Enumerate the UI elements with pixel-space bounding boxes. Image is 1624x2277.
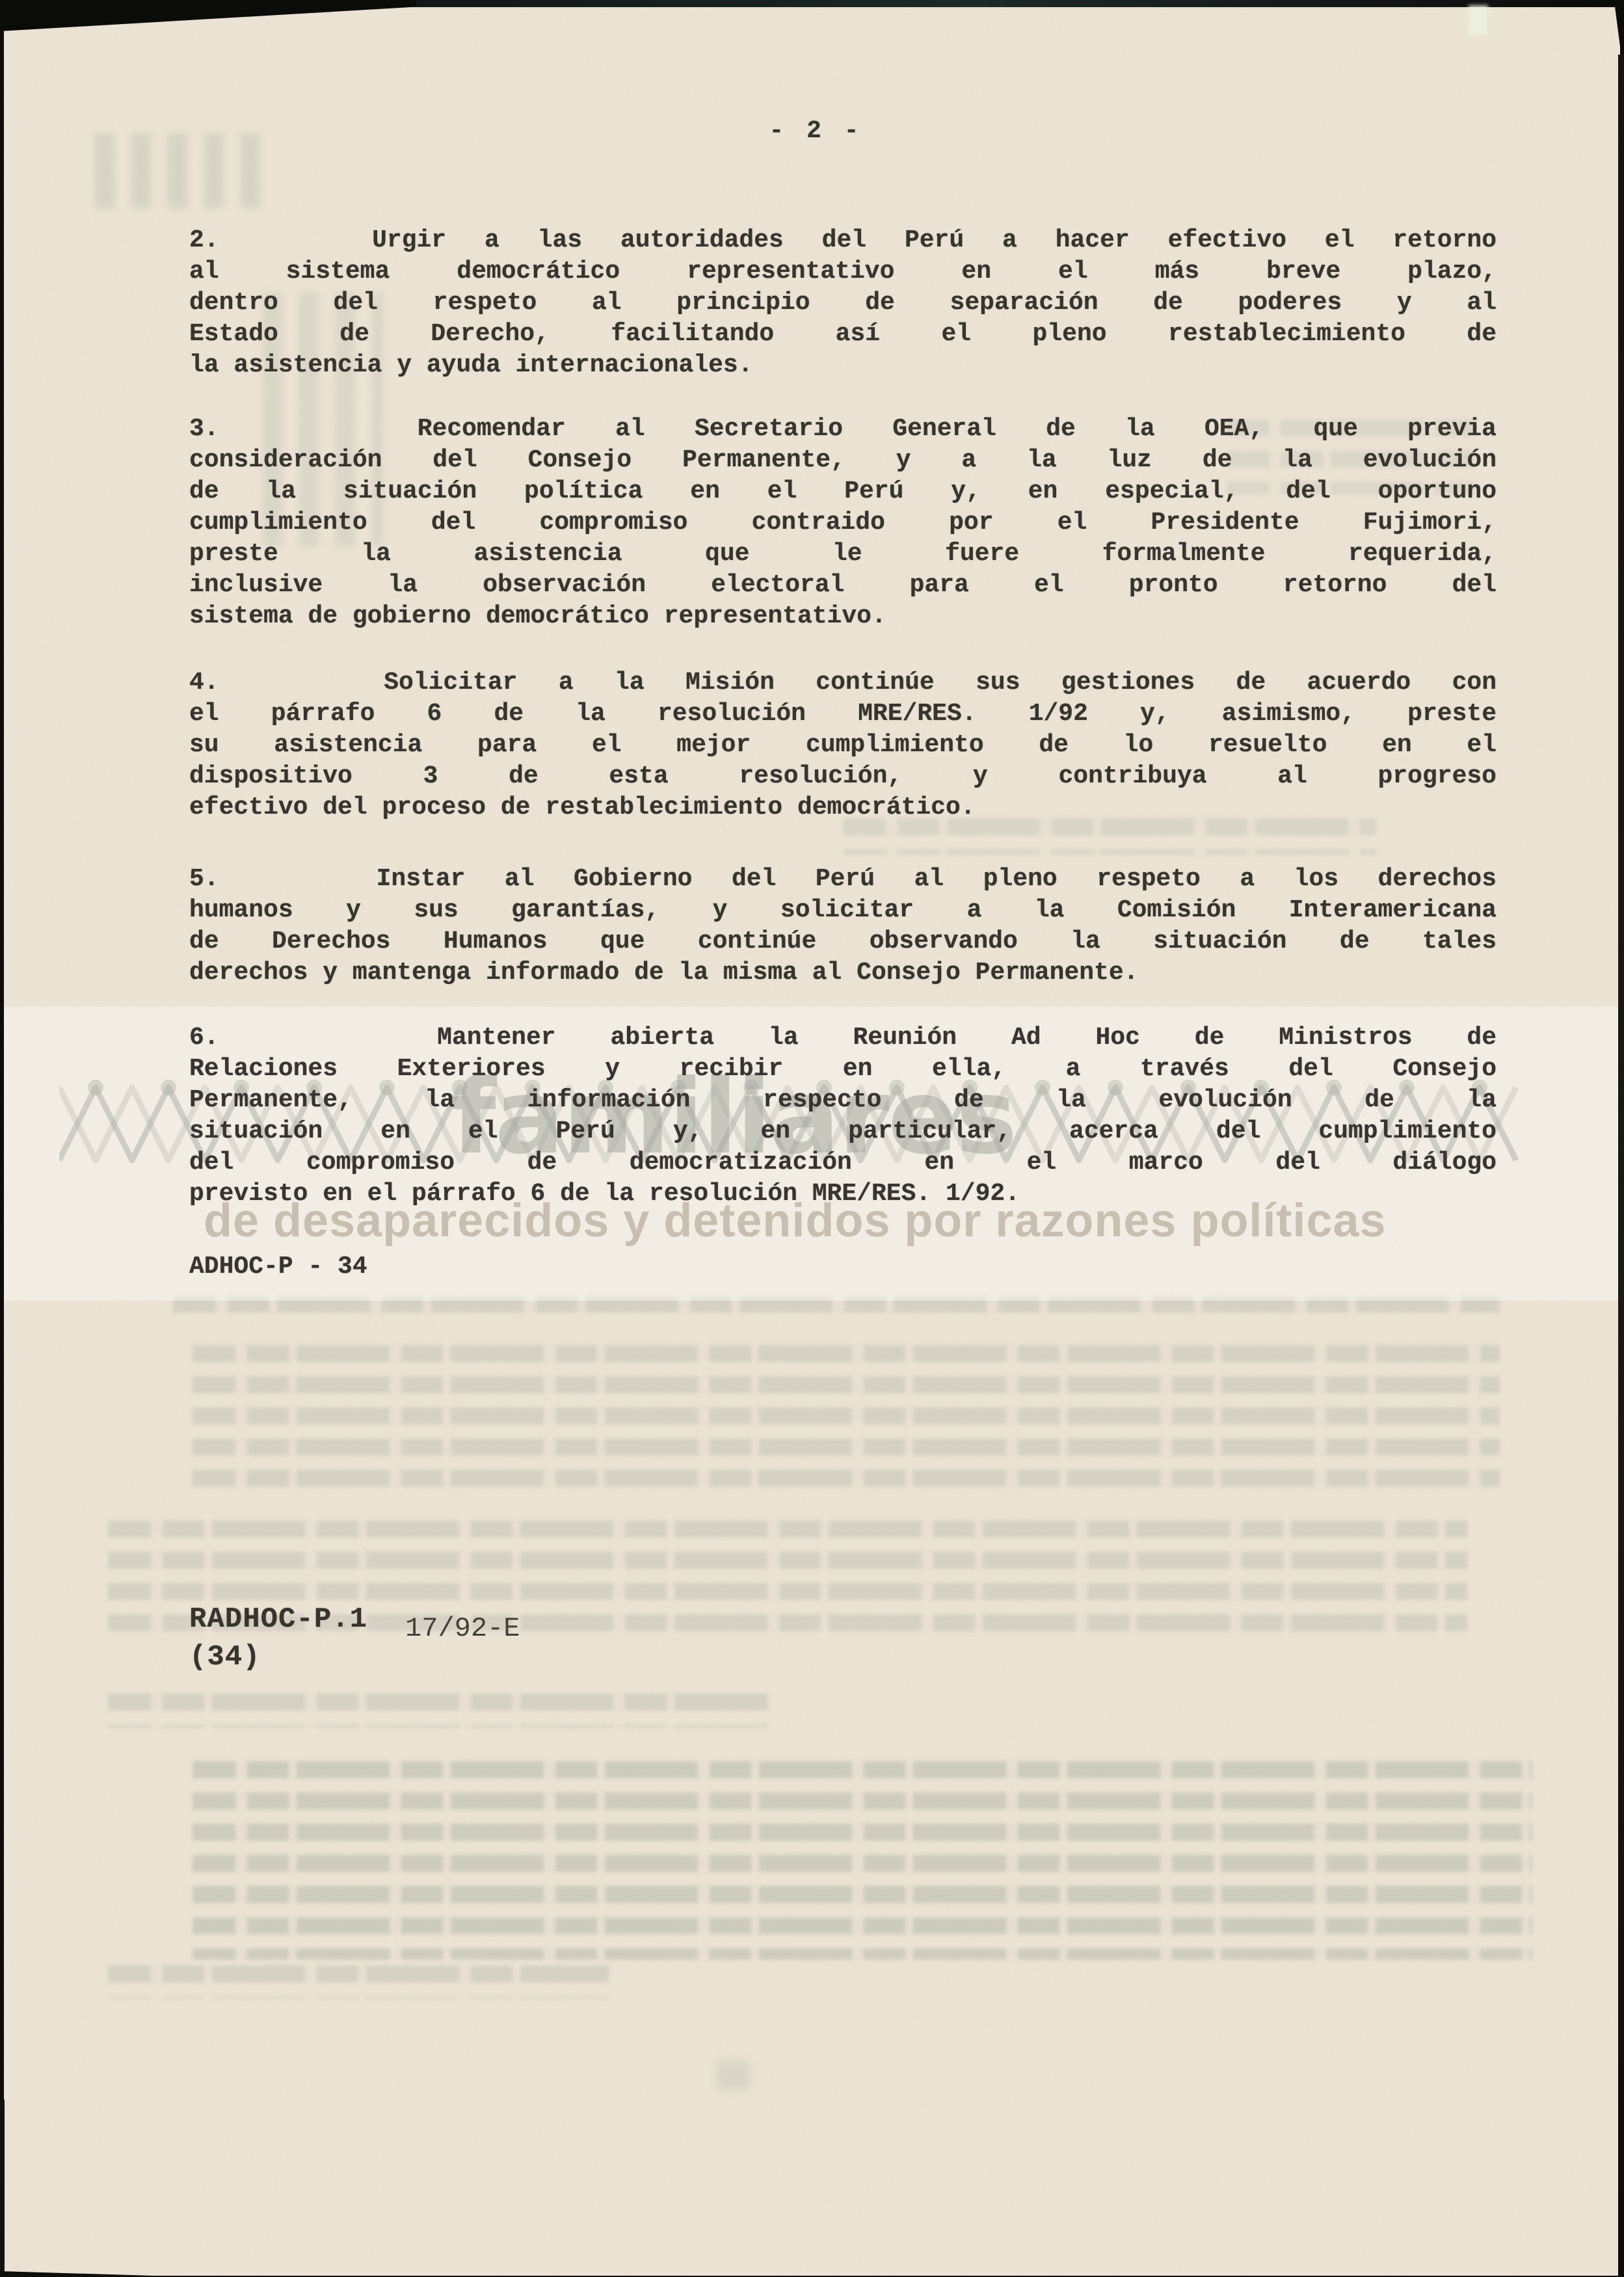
bleedthrough-line-heading <box>108 1694 771 1727</box>
document-line: 5. Instar al Gobierno del Perú al pleno … <box>189 864 1497 895</box>
paragraph-4: 4. Solicitar a la Misión continúe sus ge… <box>189 667 1497 823</box>
bleedthrough-page-number-spot <box>717 2060 751 2090</box>
document-line: cumplimiento del compromiso contraido po… <box>189 507 1497 539</box>
document-line: el párrafo 6 de la resolución MRE/RES. 1… <box>189 699 1497 730</box>
document-line: su asistencia para el mejor cumplimiento… <box>189 730 1497 761</box>
document-line: Permanente, la información respecto de l… <box>189 1085 1497 1116</box>
document-line: de la situación política en el Perú y, e… <box>189 476 1497 507</box>
document-line: situación en el Perú y, en particular, a… <box>189 1116 1497 1147</box>
bleedthrough-line-bottom <box>108 1965 609 1998</box>
scan-edge-right <box>1618 55 1624 2277</box>
scan-light-streak <box>1469 5 1488 35</box>
document-line: 6. Mantener abierta la Reunión Ad Hoc de… <box>189 1022 1497 1054</box>
document-line: preste la asistencia que le fuere formal… <box>189 539 1497 570</box>
document-line: sistema de gobierno democrático represen… <box>189 601 1497 632</box>
document-line: 4. Solicitar a la Misión continúe sus ge… <box>189 667 1497 699</box>
paragraph-6: 6. Mantener abierta la Reunión Ad Hoc de… <box>189 1022 1497 1210</box>
document-line: derechos y mantenga informado de la mism… <box>189 957 1497 989</box>
document-line: 3. Recomendar al Secretario General de l… <box>189 414 1497 445</box>
document-line: dentro del respeto al principio de separ… <box>189 287 1497 319</box>
page-number: - 2 - <box>4 116 1624 147</box>
footer-code: ADHOC-P - 34 <box>189 1251 367 1283</box>
paragraph-3: 3. Recomendar al Secretario General de l… <box>189 414 1497 632</box>
scanned-document: { "document": { "page_number": "- 2 -", … <box>0 0 1624 2277</box>
reference-suffix: 17/92-E <box>405 1613 520 1644</box>
bleedthrough-block-3 <box>193 1761 1532 1960</box>
document-line: Relaciones Exteriores y recibir en ella,… <box>189 1054 1497 1085</box>
bleedthrough-line-mid <box>843 818 1376 855</box>
scan-edge-left-bottom <box>0 2099 5 2277</box>
document-page: familiares de desaparecidos y detenidos … <box>4 7 1620 2276</box>
document-line: 2. Urgir a las autoridades del Perú a ha… <box>189 225 1497 256</box>
document-line: humanos y sus garantías, y solicitar a l… <box>189 895 1497 926</box>
document-line: inclusive la observación electoral para … <box>189 570 1497 601</box>
document-line: de Derechos Humanos que continúe observa… <box>189 926 1497 957</box>
document-line: dispositivo 3 de esta resolución, y cont… <box>189 761 1497 792</box>
reference-number: (34) <box>189 1642 520 1673</box>
document-line: la asistencia y ayuda internacionales. <box>189 350 1497 381</box>
reference-code: RADHOC-P.1 <box>189 1603 367 1636</box>
paragraph-2: 2. Urgir a las autoridades del Perú a ha… <box>189 225 1497 381</box>
document-line: Estado de Derecho, facilitando así el pl… <box>189 319 1497 350</box>
document-line: previsto en el párrafo 6 de la resolució… <box>189 1178 1497 1210</box>
reference-block: RADHOC-P.117/92-E (34) <box>189 1604 520 1673</box>
bleedthrough-block-1 <box>193 1345 1500 1498</box>
reference-line: RADHOC-P.117/92-E <box>189 1604 520 1636</box>
document-line: consideración del Consejo Permanente, y … <box>189 445 1497 476</box>
document-line: al sistema democrático representativo en… <box>189 256 1497 287</box>
document-line: del compromiso de democratización en el … <box>189 1147 1497 1178</box>
document-line: efectivo del proceso de restablecimiento… <box>189 792 1497 823</box>
paragraph-5: 5. Instar al Gobierno del Perú al pleno … <box>189 864 1497 989</box>
